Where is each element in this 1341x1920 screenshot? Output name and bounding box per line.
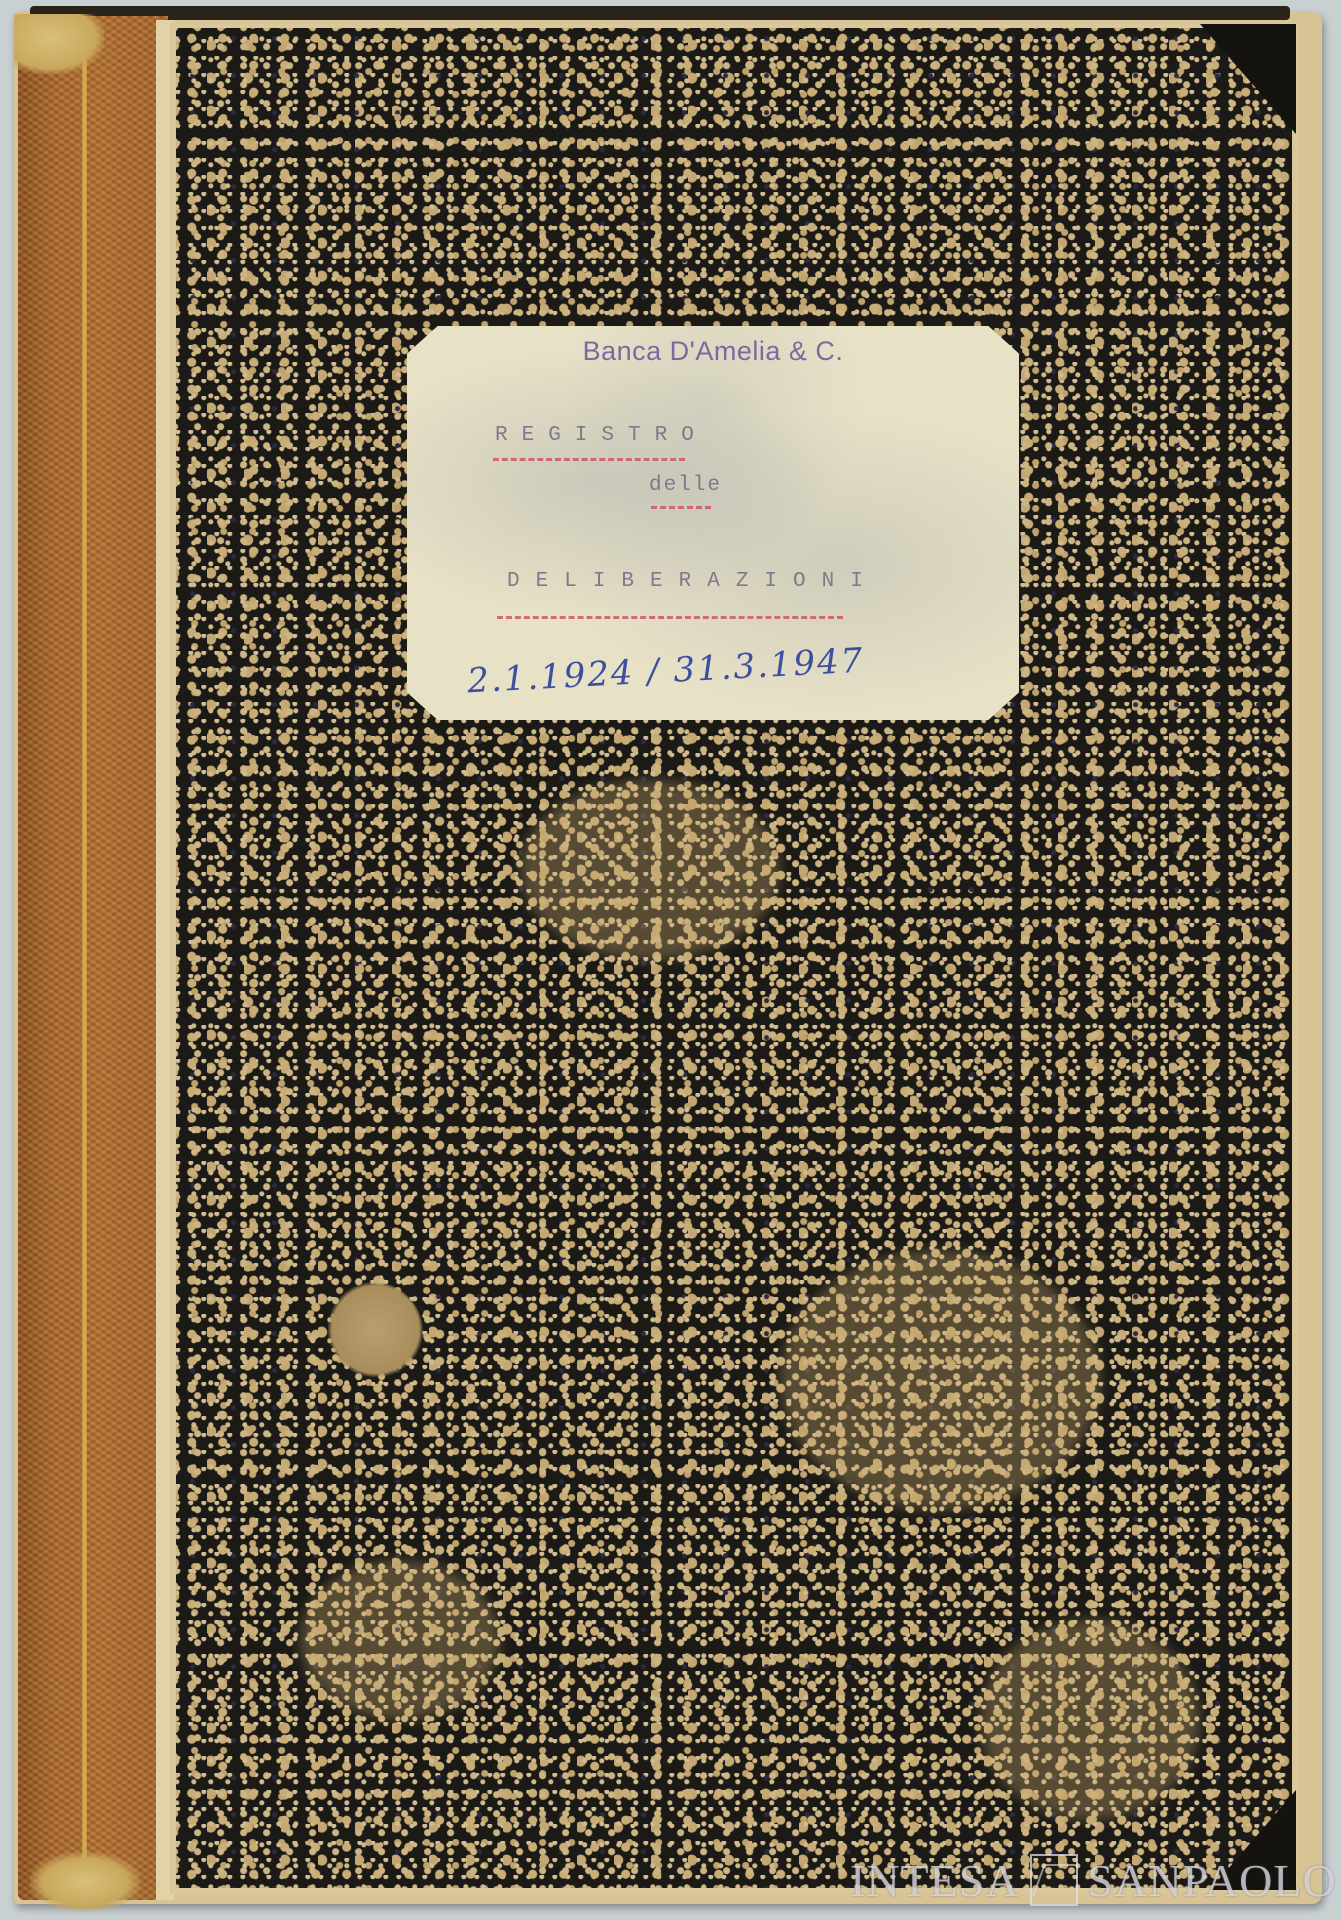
cover-wear (780, 1250, 1100, 1510)
label-delle: delle (649, 474, 722, 497)
cover-wear (520, 780, 780, 960)
watermark: INTESA SANPAOLO (850, 1852, 1337, 1908)
spine-fray-bottom (30, 1852, 140, 1912)
watermark-left: INTESA (850, 1854, 1020, 1907)
leather-spine (18, 16, 168, 1900)
cover-wear (980, 1620, 1200, 1820)
cover-wear (300, 1560, 500, 1720)
label-title-deliberazioni: DELIBERAZIONI (507, 570, 879, 593)
cover-stain (328, 1282, 423, 1377)
label-title-registro: REGISTRO (495, 424, 708, 447)
underline-registro (493, 458, 685, 461)
spine-fray-top (14, 14, 104, 74)
watermark-right: SANPAOLO (1088, 1854, 1337, 1907)
bank-stamp: Banca D'Amelia & C. (407, 336, 1019, 367)
cover-label: Banca D'Amelia & C. REGISTRO delle DELIB… (407, 326, 1019, 720)
intesa-sanpaolo-logo-icon (1030, 1854, 1078, 1906)
handwritten-date-range: 2.1.1924 / 31.3.1947 (466, 641, 865, 702)
book-top-edge (30, 6, 1290, 20)
underline-deliberazioni (497, 616, 843, 619)
underline-delle (651, 506, 711, 509)
spine-hinge-line (82, 16, 87, 1900)
